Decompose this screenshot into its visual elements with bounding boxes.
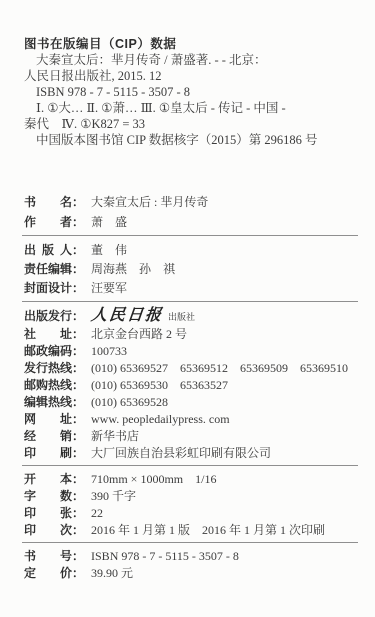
field-label: 编辑热线 — [24, 394, 72, 411]
field-colon: ： — [72, 446, 84, 460]
info-row-publisher: 出版发行：人民日报出版社 — [24, 307, 355, 326]
field-value: 周海燕 孙 祺 — [91, 262, 175, 276]
field-label: 书名 — [24, 192, 72, 212]
info-row-cover-designer: 封面设计：汪要军 — [24, 279, 355, 298]
book-info: 书名：大秦宣太后 : 芈月传奇 作者：萧 盛 出版人：董 伟 责任编辑：周海燕 … — [24, 192, 355, 582]
field-colon: ： — [72, 243, 84, 257]
field-label: 经销 — [24, 428, 72, 445]
field-value: 北京金台西路 2 号 — [91, 327, 187, 341]
section-print-specs: 开本：710mm × 1000mm 1/16 字数：390 千字 印张：22 印… — [24, 471, 355, 539]
info-row-book-title: 书名：大秦宣太后 : 芈月传奇 — [24, 192, 355, 212]
section-divider — [22, 235, 358, 236]
info-row-printer: 印刷：大厂回族自治县彩虹印刷有限公司 — [24, 445, 355, 462]
field-value: (010) 65369528 — [91, 395, 168, 409]
website-url: www. peopledailypress. com — [91, 412, 230, 426]
field-label: 社址 — [24, 326, 72, 343]
cip-block: 图书在版编目（CIP）数据 大秦宣太后：芈月传奇 / 萧盛著. - - 北京： … — [24, 36, 355, 148]
info-row-sheets: 印张：22 — [24, 505, 355, 522]
section-publishing: 出版发行：人民日报出版社 社址：北京金台西路 2 号 邮政编码：100733 发… — [24, 307, 355, 462]
field-label: 责任编辑 — [24, 260, 72, 279]
peoples-daily-logo: 人民日报 — [90, 307, 164, 324]
field-label: 发行热线 — [24, 360, 72, 377]
field-value: 汪要军 — [91, 281, 127, 295]
field-colon: ： — [72, 309, 84, 323]
field-colon: ： — [72, 281, 84, 295]
isbn-value: ISBN 978 - 7 - 5115 - 3507 - 8 — [91, 549, 239, 563]
info-row-mailorder-hotline: 邮购热线：(010) 65369530 65363527 — [24, 377, 355, 394]
section-divider — [22, 301, 358, 302]
field-label: 邮购热线 — [24, 377, 72, 394]
field-label: 印刷 — [24, 445, 72, 462]
cip-title: 图书在版编目（CIP）数据 — [24, 36, 355, 52]
field-colon: ： — [72, 361, 84, 375]
info-row-postcode: 邮政编码：100733 — [24, 343, 355, 360]
field-colon: ： — [72, 506, 84, 520]
field-label: 字数 — [24, 488, 72, 505]
section-staff: 出版人：董 伟 责任编辑：周海燕 孙 祺 封面设计：汪要军 — [24, 241, 355, 298]
copyright-page: 图书在版编目（CIP）数据 大秦宣太后：芈月传奇 / 萧盛著. - - 北京： … — [0, 0, 375, 617]
field-label: 书号 — [24, 548, 72, 565]
field-label: 出版发行 — [24, 308, 72, 325]
field-value: 大秦宣太后 : 芈月传奇 — [91, 195, 208, 209]
cip-catalog-line-1: 大秦宣太后：芈月传奇 / 萧盛著. - - 北京： — [24, 52, 355, 68]
section-title-author: 书名：大秦宣太后 : 芈月传奇 作者：萧 盛 — [24, 192, 355, 232]
field-colon: ： — [72, 566, 84, 580]
field-colon: ： — [72, 344, 84, 358]
field-label: 邮政编码 — [24, 343, 72, 360]
field-colon: ： — [72, 412, 84, 426]
info-row-author: 作者：萧 盛 — [24, 212, 355, 232]
field-value: 710mm × 1000mm 1/16 — [91, 472, 216, 486]
info-row-format: 开本：710mm × 1000mm 1/16 — [24, 471, 355, 488]
info-row-address: 社址：北京金台西路 2 号 — [24, 326, 355, 343]
info-row-editors: 责任编辑：周海燕 孙 祺 — [24, 260, 355, 279]
field-value: 22 — [91, 506, 103, 520]
field-value: (010) 65369527 65369512 65369509 6536951… — [91, 361, 348, 375]
field-colon: ： — [72, 395, 84, 409]
field-colon: ： — [72, 549, 84, 563]
field-label: 定价 — [24, 565, 72, 582]
field-colon: ： — [72, 215, 84, 229]
field-colon: ： — [72, 195, 84, 209]
info-row-seller: 经销：新华书店 — [24, 428, 355, 445]
cip-class-line-2: 秦代 Ⅳ. ①K827 = 33 — [24, 116, 355, 132]
info-row-distribution-hotline: 发行热线：(010) 65369527 65369512 65369509 65… — [24, 360, 355, 377]
field-value: 大厂回族自治县彩虹印刷有限公司 — [91, 446, 271, 460]
field-label: 作者 — [24, 212, 72, 232]
info-row-isbn: 书号：ISBN 978 - 7 - 5115 - 3507 - 8 — [24, 548, 355, 565]
info-row-website: 网址：www. peopledailypress. com — [24, 411, 355, 428]
field-colon: ： — [72, 489, 84, 503]
info-row-price: 定价：39.90 元 — [24, 565, 355, 582]
price-value: 39.90 元 — [91, 566, 133, 580]
info-row-publisher-person: 出版人：董 伟 — [24, 241, 355, 260]
cip-isbn-line: ISBN 978 - 7 - 5115 - 3507 - 8 — [24, 84, 355, 100]
info-row-print-run: 印次：2016 年 1 月第 1 版 2016 年 1 月第 1 次印刷 — [24, 522, 355, 539]
field-label: 封面设计 — [24, 279, 72, 298]
field-label: 网址 — [24, 411, 72, 428]
field-colon: ： — [72, 429, 84, 443]
field-colon: ： — [72, 523, 84, 537]
field-colon: ： — [72, 378, 84, 392]
section-divider — [22, 542, 358, 543]
field-value: 2016 年 1 月第 1 版 2016 年 1 月第 1 次印刷 — [91, 523, 325, 537]
field-value: 萧 盛 — [91, 215, 127, 229]
info-row-wordcount: 字数：390 千字 — [24, 488, 355, 505]
field-colon: ： — [72, 472, 84, 486]
field-label: 印张 — [24, 505, 72, 522]
cip-class-line-1: Ⅰ. ①大… Ⅱ. ①萧… Ⅲ. ①皇太后 - 传记 - 中国 - — [24, 100, 355, 116]
field-label: 开本 — [24, 471, 72, 488]
field-label: 出版人 — [24, 241, 72, 260]
field-value: 100733 — [91, 344, 127, 358]
cip-catalog-line-2: 人民日报出版社, 2015. 12 — [24, 68, 355, 84]
section-isbn-price: 书号：ISBN 978 - 7 - 5115 - 3507 - 8 定价：39.… — [24, 548, 355, 582]
info-row-editorial-hotline: 编辑热线：(010) 65369528 — [24, 394, 355, 411]
field-value: (010) 65369530 65363527 — [91, 378, 228, 392]
publisher-suffix: 出版社 — [168, 312, 195, 322]
field-value: 新华书店 — [91, 429, 139, 443]
field-value: 390 千字 — [91, 489, 136, 503]
cip-record-line: 中国版本图书馆 CIP 数据核字（2015）第 296186 号 — [24, 132, 355, 148]
field-colon: ： — [72, 262, 84, 276]
field-label: 印次 — [24, 522, 72, 539]
field-colon: ： — [72, 327, 84, 341]
field-value: 董 伟 — [91, 243, 127, 257]
section-divider — [22, 465, 358, 466]
